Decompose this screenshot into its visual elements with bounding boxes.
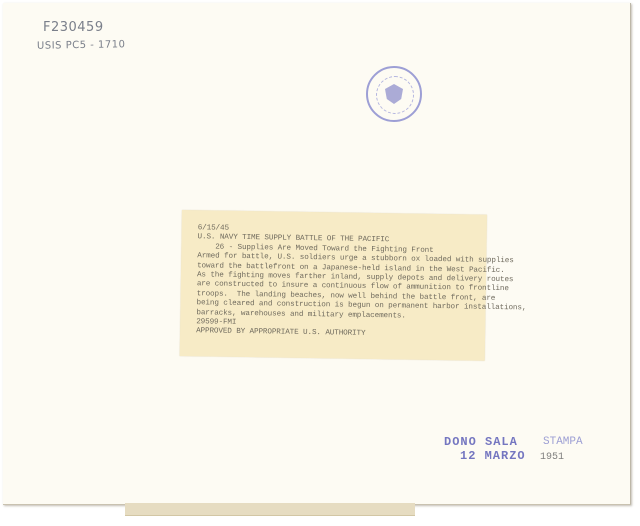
caption-text: 6/15/45 U.S. NAVY TIME SUPPLY BATTLE OF …	[196, 224, 528, 342]
donation-stamp-line1: DONO SALA	[444, 435, 518, 449]
caption-approval: APPROVED BY APPROPRIATE U.S. AUTHORITY	[196, 328, 365, 339]
donation-stamp-date: 12 MARZO	[460, 449, 526, 463]
handwritten-reference: USIS PC5 - 1710	[37, 39, 126, 52]
paper-tape-strip	[125, 503, 415, 516]
caption-line: 29599-FMI	[196, 318, 236, 327]
typed-caption-slip: 6/15/45 U.S. NAVY TIME SUPPLY BATTLE OF …	[180, 210, 487, 361]
caption-date: 6/15/45	[198, 224, 229, 232]
photo-back-sheet: F230459 USIS PC5 - 1710 6/15/45 U.S. NAV…	[3, 3, 631, 505]
donation-stamp-faded: STAMPA	[543, 436, 583, 448]
handwritten-id: F230459	[43, 20, 104, 35]
donation-stamp-year: 1951	[540, 452, 564, 463]
archive-seal-icon	[366, 66, 422, 122]
